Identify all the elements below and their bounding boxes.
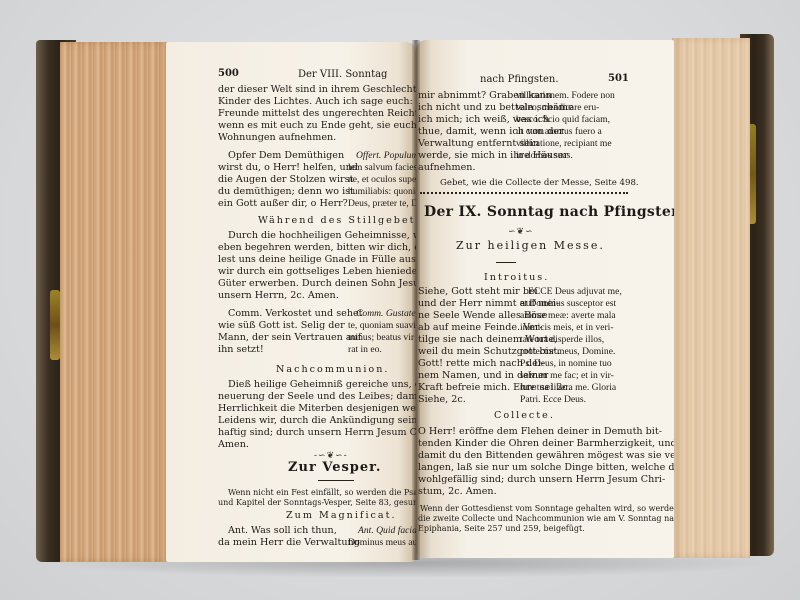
mass-heading: Zur heiligen Messe. [456,240,605,252]
text-line: ut cum amotus fuero a [516,126,602,138]
text-line: animæ meæ: averte mala [520,310,616,322]
page-number-left: 500 [218,68,239,80]
text-line: neuerung der Seele und des Leibes; damit… [218,391,416,403]
text-line: Comm. Gustate et vide- [356,308,416,320]
text-line: die Augen der Stolzen wirst [218,174,353,186]
text-line: Offert. Populum hu- [356,150,416,162]
text-line: stum, 2c. Amen. [418,486,497,498]
text-line: haftig sind; durch unsern Herrn Jesum Ch… [218,427,416,439]
text-line: ein Gott außer dir, o Herr? [218,198,348,210]
page-edges-left [60,42,170,562]
right-page: nach Pfingsten. 501 mir abnimmt? Graben … [416,40,674,558]
text-line: Freunde mittelst des ungerechten Reichth… [218,108,416,120]
text-line: Kinder des Lichtes. Auch ich sage euch: … [218,96,416,108]
heading-rule [496,262,516,263]
running-head-right: nach Pfingsten. [480,74,559,86]
text-line: Siehe, 2c. [418,394,466,406]
ornament-divider: ∽❦∽ [508,226,534,238]
text-line: tate tua disperde illos, [520,334,604,346]
book-photo-scene: 500 Der VIII. Sonntag der dieser Welt si… [0,0,800,600]
text-line: villicatione, recipiant me [516,138,612,150]
text-line: Herrlichkeit die Miterben desjenigen wer… [218,403,416,415]
text-line: wenn es mit euch zu Ende geht, sie euch … [218,120,416,132]
text-line: et Dominus susceptor est [520,298,616,310]
text-line: wirst du, o Herr! helfen, und [218,162,358,174]
text-line: aufnehmen. [418,162,476,174]
text-line: Güter erwerben. Durch deinen Sohn Jesum … [218,278,416,290]
text-line: wie süß Gott ist. Selig der [218,320,345,332]
page-edges-right [672,38,750,558]
text-line: Wenn nicht ein Fest einfällt, so werden … [228,488,416,498]
text-line: langen, laß sie nur um solche Dinge bitt… [418,462,674,474]
text-line: Comm. Verkostet und sehet [228,308,363,320]
text-line: Deus, præter te, Domine [348,198,416,210]
text-line: Ant. Was soll ich thun, [228,525,337,537]
text-line: minus; beatus vir qui spe- [348,332,416,344]
heading-rule [318,480,354,481]
text-line: Patri. Ecce Deus. [520,394,586,406]
text-line: Durch die hochheiligen Geheimnisse, welc… [228,230,416,242]
chapter-title: Der IX. Sonntag nach Pfingsten. [424,206,674,218]
text-line: der dieser Welt sind in ihrem Geschlecht… [218,84,416,96]
section-divider [420,192,628,196]
prayer-note: Gebet, wie die Collecte der Messe, Seite… [440,178,639,188]
text-line: besco. Scio quid faciam, [516,114,610,126]
introit-heading: Introitus. [484,272,549,284]
text-line: in domos suas. [516,150,573,162]
text-line: inimicis meis, et in veri- [520,322,614,334]
text-line: salvum me fac; et in vir- [520,370,614,382]
text-line: valeo, mendicare eru- [516,102,599,114]
collect-heading: Collecte. [494,410,555,422]
text-line: villicationem. Fodere non [516,90,615,102]
text-line: Mann, der sein Vertrauen auf [218,332,361,344]
text-line: Ps. Deus, in nomine tuo [520,358,612,370]
text-line: humiliabis: quoniam qu [348,186,416,198]
text-line: damit du den Bittenden gewähren mögest w… [418,450,674,462]
text-line: und Kapitel der Sonntags-Vesper, Seite 8… [218,498,416,508]
text-line: wohlgefällig sind; durch unsern Herrn Je… [418,474,665,486]
magnificat-heading: Zum Magnificat. [286,510,397,522]
text-line: Wohnungen aufnehmen. [218,132,336,144]
text-line: da mein Herr die Verwaltung [218,537,360,549]
text-line: Amen. [218,439,249,451]
page-number-right: 501 [608,73,629,85]
text-line: lest uns deine heilige Gnade in Fülle au… [218,254,416,266]
text-line: te, quoniam suavis est Do- [348,320,416,332]
running-head-left: Der VIII. Sonntag [298,69,387,81]
text-line: lem salvum facies, Do- [348,162,416,174]
text-line: Epiphania, Seite 257 und 259, beigefügt. [418,524,585,534]
text-line: eben begehren werden, bitten wir dich, o… [218,242,416,254]
text-line: O Herr! eröffne dem Flehen deiner in Dem… [418,426,662,438]
book-gutter [412,40,420,560]
silent-prayer-heading: Während des Stillgebetes. [258,215,416,227]
text-line: Leidens wir, durch die Ankündigung seine… [218,415,416,427]
text-line: tenden Kinder die Ohren deiner Barmherzi… [418,438,674,450]
text-line: Dieß heilige Geheimniß gereiche uns, o H… [228,379,416,391]
text-line: tute tua libera me. Gloria [520,382,616,394]
text-line: du demüthigen; denn wo ist [218,186,354,198]
text-line: ne, et oculos superbo- [348,174,416,186]
text-line: ECCE Deus adjuvat me, [528,286,622,298]
text-line: rat in eo. [348,344,382,356]
text-line: Wenn der Gottesdienst vom Sonntage gehal… [420,504,674,514]
postcommunion-heading: Nachcommunion. [276,364,389,376]
text-line: Siehe, Gott steht mir bei [418,286,538,298]
text-line: wir durch ein gottseliges Leben hieniede… [218,266,416,278]
vespers-heading: Zur Vesper. [288,462,381,474]
left-page: 500 Der VIII. Sonntag der dieser Welt si… [166,42,416,562]
text-line: die zweite Collecte und Nachcommunion wi… [418,514,674,524]
text-line: Opfer Dem Demüthigen [228,150,344,162]
text-line: Dominus meus aufert a me [348,537,416,549]
text-line: protector meus, Domine. [520,346,615,358]
text-line: ihn setzt! [218,344,264,356]
text-line: Ant. Quid faciam? quia [358,525,416,537]
text-line: unsern Herrn, 2c. Amen. [218,290,339,302]
